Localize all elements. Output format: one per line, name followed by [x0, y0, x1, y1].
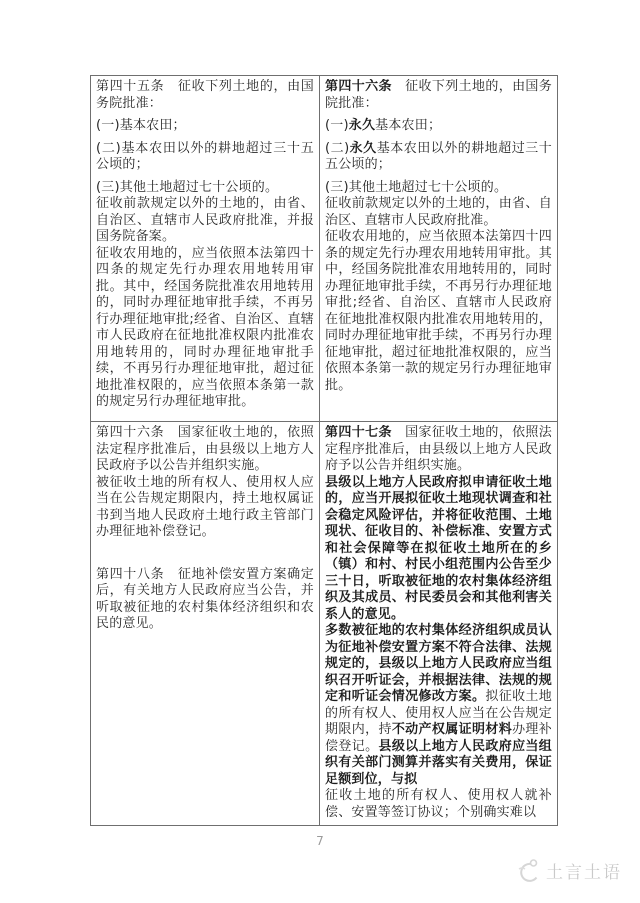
text-run: 征收农用地的，应当依照本法第四十四条的规定先行办理农用地转用审批。其中，经国务院… — [325, 229, 552, 393]
law-paragraph: 第四十八条 征地补偿安置方案确定后，有关地方人民政府应当公告，并听取被征地的农村… — [96, 567, 314, 633]
watermark-logo-icon — [510, 857, 540, 883]
law-paragraph: 县级以上地方人民政府拟申请征收土地的，应当开展拟征收土地现状调查和社会稳定风险评… — [325, 475, 552, 624]
law-paragraph: 多数被征地的农村集体经济组织成员认为征地补偿安置方案不符合法律、法规规定的，县级… — [325, 623, 552, 788]
text-run: 基本农田； — [375, 118, 441, 133]
old-law-article-45-text: 第四十五条 征收下列土地的，由国务院批准：(一)基本农田；(二)基本农田以外的耕… — [96, 79, 314, 417]
law-paragraph: 第四十七条 国家征收土地的，依照法定程序批准后，由县级以上地方人民政府予以公告并… — [325, 425, 552, 475]
law-paragraph: (二)永久基本农田以外的耕地超过三十五公顷的； — [325, 141, 552, 174]
page-number: 7 — [0, 834, 640, 848]
watermark: 土言土语 — [510, 857, 622, 883]
law-paragraph: 第四十五条 征收下列土地的，由国务院批准： — [96, 79, 314, 112]
old-law-articles-46-48-cell: 第四十六条 国家征收土地的，依照法定程序批准后，由县级以上地方人民政府予以公告并… — [91, 422, 320, 826]
text-run: 第四十五条 征收下列土地的，由国务院批准： — [96, 79, 314, 111]
new-law-article-47-cell: 第四十七条 国家征收土地的，依照法定程序批准后，由县级以上地方人民政府予以公告并… — [320, 422, 558, 826]
law-paragraph: 征收前款规定以外的土地的，由省、自治区、直辖市人民政府批准，并报国务院备案。 — [96, 196, 314, 246]
watermark-text: 土言土语 — [546, 858, 622, 883]
table-row: 第四十六条 国家征收土地的，依照法定程序批准后，由县级以上地方人民政府予以公告并… — [91, 422, 558, 826]
amended-text-run: 不动产权属证明材料 — [392, 722, 512, 737]
law-paragraph: (一)永久基本农田； — [325, 118, 552, 135]
law-paragraph: 征收农用地的，应当依照本法第四十四条的规定先行办理农用地转用审批。其中，经国务院… — [325, 229, 552, 394]
text-run: 征收前款规定以外的土地的，由省、自治区、直辖市人民政府批准，并报国务院备案。 — [96, 196, 314, 244]
old-law-article-45-cell: 第四十五条 征收下列土地的，由国务院批准：(一)基本农田；(二)基本农田以外的耕… — [91, 76, 320, 422]
new-law-article-46-cell: 第四十六条 征收下列土地的，由国务院批准：(一)永久基本农田；(二)永久基本农田… — [320, 76, 558, 422]
text-run: (二) — [325, 141, 349, 156]
text-run: 征收农用地的，应当依照本法第四十四条的规定先行办理农用地转用审批。其中，经国务院… — [96, 246, 314, 410]
law-paragraph: 被征收土地的所有权人、使用权人应当在公告规定期限内，持土地权属证书到当地人民政府… — [96, 475, 314, 541]
amended-text-run: 第四十六条 — [325, 79, 392, 94]
law-comparison-table: 第四十五条 征收下列土地的，由国务院批准：(一)基本农田；(二)基本农田以外的耕… — [90, 75, 558, 826]
law-paragraph: (二)基本农田以外的耕地超过三十五公顷的； — [96, 141, 314, 174]
law-paragraph: 第四十六条 征收下列土地的，由国务院批准： — [325, 79, 552, 112]
text-run: (二)基本农田以外的耕地超过三十五公顷的； — [96, 141, 314, 173]
new-law-article-47-text: 第四十七条 国家征收土地的，依照法定程序批准后，由县级以上地方人民政府予以公告并… — [325, 425, 552, 821]
amended-text-run: 第四十七条 — [325, 425, 392, 440]
document-page: 第四十五条 征收下列土地的，由国务院批准：(一)基本农田；(二)基本农田以外的耕… — [0, 0, 640, 903]
text-run: 征收土地的所有权人、使用权人就补偿、安置等签订协议；个别确实难以 — [325, 788, 552, 820]
text-run: (一)基本农田； — [96, 118, 186, 133]
text-run: 被征收土地的所有权人、使用权人应当在公告规定期限内，持土地权属证书到当地人民政府… — [96, 475, 314, 540]
law-paragraph: 征收土地的所有权人、使用权人就补偿、安置等签订协议；个别确实难以 — [325, 788, 552, 821]
amended-text-run: 永久 — [349, 118, 375, 133]
law-paragraph: (三)其他土地超过七十公顷的。 — [325, 180, 552, 197]
text-run: 征收前款规定以外的土地的，由省、自治区、直辖市人民政府批准。 — [325, 196, 552, 228]
law-paragraph: 第四十六条 国家征收土地的，依照法定程序批准后，由县级以上地方人民政府予以公告并… — [96, 425, 314, 475]
law-paragraph: (一)基本农田； — [96, 118, 314, 135]
text-run: 第四十八条 征地补偿安置方案确定后，有关地方人民政府应当公告，并听取被征地的农村… — [96, 567, 314, 632]
table-row: 第四十五条 征收下列土地的，由国务院批准：(一)基本农田；(二)基本农田以外的耕… — [91, 76, 558, 422]
new-law-article-46-text: 第四十六条 征收下列土地的，由国务院批准：(一)永久基本农田；(二)永久基本农田… — [325, 79, 552, 417]
text-run: 第四十六条 国家征收土地的，依照法定程序批准后，由县级以上地方人民政府予以公告并… — [96, 425, 314, 473]
old-law-articles-46-48-text: 第四十六条 国家征收土地的，依照法定程序批准后，由县级以上地方人民政府予以公告并… — [96, 425, 314, 821]
law-paragraph: 征收前款规定以外的土地的，由省、自治区、直辖市人民政府批准。 — [325, 196, 552, 229]
amended-text-run: 永久 — [349, 141, 376, 156]
amended-text-run: 县级以上地方人民政府拟申请征收土地的，应当开展拟征收土地现状调查和社会稳定风险评… — [325, 475, 552, 622]
law-paragraph: (三)其他土地超过七十公顷的。 — [96, 180, 314, 197]
text-run: (一) — [325, 118, 349, 133]
text-run: (三)其他土地超过七十公顷的。 — [325, 180, 507, 195]
text-run: (三)其他土地超过七十公顷的。 — [96, 180, 278, 195]
law-paragraph: 征收农用地的，应当依照本法第四十四条的规定先行办理农用地转用审批。其中，经国务院… — [96, 246, 314, 411]
